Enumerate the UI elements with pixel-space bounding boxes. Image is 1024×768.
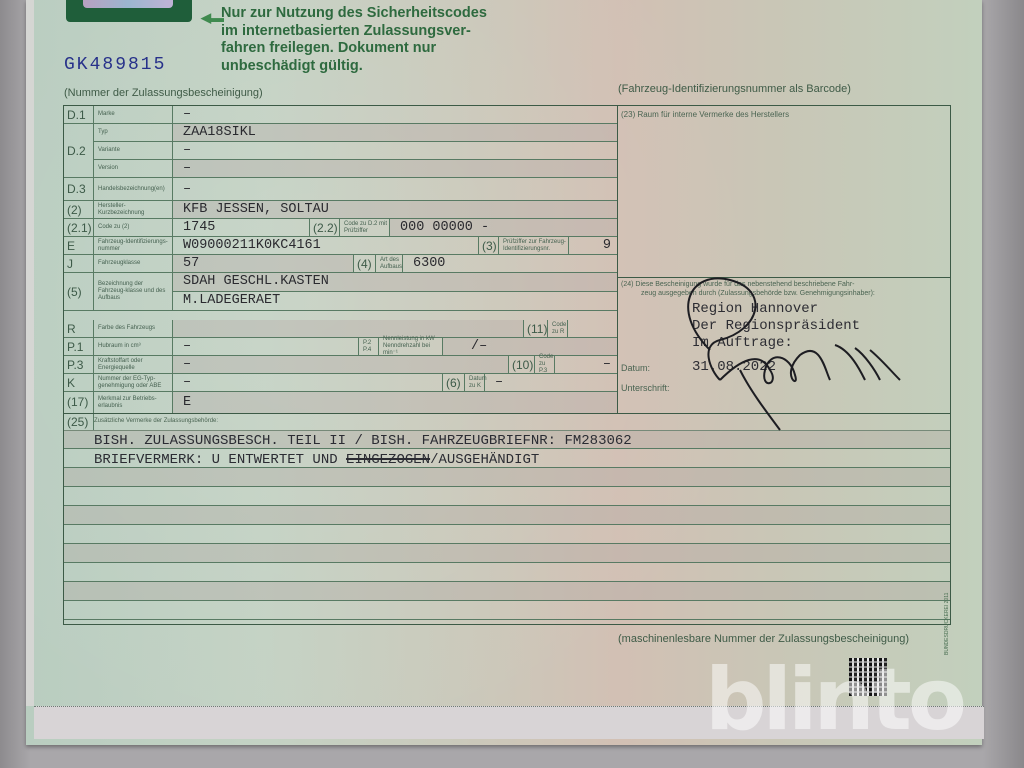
notes-ruled-line bbox=[64, 506, 950, 525]
field-label: Farbe des Fahrzeugs bbox=[94, 320, 173, 337]
security-note-line: im internetbasierten Zulassungsver- bbox=[221, 23, 521, 41]
field-value-leistung: /– bbox=[443, 338, 617, 355]
field-label: Art des Aufbaus bbox=[376, 255, 403, 272]
field-value-hubraum: – bbox=[173, 338, 359, 355]
security-note-line: Nur zur Nutzung des Sicherheitscodes bbox=[221, 5, 521, 23]
field-value-code-kraftstoff: – bbox=[555, 356, 617, 373]
security-note: ◀▬ Nur zur Nutzung des Sicherheitscodes … bbox=[201, 5, 521, 75]
field-row-r: R Farbe des Fahrzeugs (11) Code zu R bbox=[64, 320, 617, 338]
field-row-version: Version – bbox=[94, 160, 617, 178]
notes-ruled-line bbox=[64, 487, 950, 506]
field-code: (10) bbox=[509, 356, 535, 373]
field-value-aufbau-bezeichnung-2: M.LADEGERAET bbox=[173, 292, 617, 311]
field-value-aufbau-bezeichnung-1: SDAH GESCHL.KASTEN bbox=[173, 273, 617, 292]
field-row-d3: D.3 Handelsbezeichnung(en) – bbox=[64, 178, 617, 201]
machine-readable-caption: (maschinenlesbare Nummer der Zulassungsb… bbox=[618, 633, 909, 645]
document-number: GK489815 bbox=[64, 55, 166, 75]
field-code: (6) bbox=[443, 374, 465, 391]
field-label: Code zu D.2 mit Prüfziffer bbox=[340, 219, 390, 236]
notes-line-2: BRIEFVERMERK: U ENTWERTET UND EINGEZOGEN… bbox=[94, 452, 539, 468]
field-row-typ: Typ ZAA18SIKL bbox=[94, 124, 617, 142]
field-row-j: J Fahrzeugklasse 57 (4) Art des Aufbaus … bbox=[64, 255, 617, 273]
field-row-variante: Variante – bbox=[94, 142, 617, 160]
field-label: Kraftstoffart oder Energiequelle bbox=[94, 356, 173, 373]
field-code: (2) bbox=[64, 201, 94, 218]
field-value-datum-k: – bbox=[485, 374, 617, 391]
security-note-line: fahren freilegen. Dokument nur bbox=[221, 40, 521, 58]
field-code: (2.2) bbox=[310, 219, 340, 236]
field-code: (17) bbox=[64, 392, 94, 413]
field-code: P.2P.4 bbox=[359, 338, 379, 355]
vehicle-data-form: D.1 Marke – D.2 Typ ZAA18SIKL Variante –… bbox=[63, 105, 951, 625]
field-value-code-2: 1745 bbox=[173, 219, 310, 236]
field-value-vin: W09000211K0KC4161 bbox=[173, 237, 479, 254]
field-code: D.3 bbox=[64, 178, 94, 200]
field-code: (25) bbox=[64, 414, 94, 430]
field-value-betriebserlaubnis: E bbox=[173, 392, 617, 413]
field-row-p1: P.1 Hubraum in cm³ – P.2P.4 Nennleistung… bbox=[64, 338, 617, 356]
field-value-aufbau: 6300 bbox=[403, 255, 617, 272]
issuer-box: (24) Diese Bescheinigung wurde für das n… bbox=[617, 277, 950, 413]
field-row-p3: P.3 Kraftstoffart oder Energiequelle – (… bbox=[64, 356, 617, 374]
field-label: Typ bbox=[94, 124, 173, 141]
field-value-farbe bbox=[173, 320, 524, 337]
manufacturer-notes-label: (23) Raum für interne Vermerke des Herst… bbox=[621, 110, 789, 119]
field-label: Nummer der EG-Typ-genehmigung oder ABE bbox=[94, 374, 173, 391]
field-value-fahrzeugklasse: 57 bbox=[173, 255, 354, 272]
field-value-kraftstoff: – bbox=[173, 356, 509, 373]
field-row-e: E Fahrzeug-Identifizierungs-nummer W0900… bbox=[64, 237, 617, 255]
field-label: Variante bbox=[94, 142, 173, 159]
field-value-code-d2: 000 00000 - bbox=[390, 219, 617, 236]
field-label: Fahrzeugklasse bbox=[94, 255, 173, 272]
field-value-version: – bbox=[173, 160, 617, 177]
field-code: (4) bbox=[354, 255, 376, 272]
field-label: Bezeichnung der Fahrzeug-klasse und des … bbox=[94, 273, 173, 310]
field-code: K bbox=[64, 374, 94, 391]
field-code: (2.1) bbox=[64, 219, 94, 236]
field-row-17: (17) Merkmal zur Betriebs-erlaubnis E bbox=[64, 392, 617, 413]
notes-line-1: BISH. ZULASSUNGSBESCH. TEIL II / BISH. F… bbox=[94, 433, 632, 449]
field-code: (3) bbox=[479, 237, 499, 254]
field-row-2-1: (2.1) Code zu (2) 1745 (2.2) Code zu D.2… bbox=[64, 219, 617, 237]
notes-header: (25) Zusätzliche Vermerke der Zulassungs… bbox=[64, 414, 950, 431]
notes-ruled-line bbox=[64, 468, 950, 487]
security-code-scratch-field bbox=[66, 0, 192, 22]
field-label: Handelsbezeichnung(en) bbox=[94, 178, 173, 200]
barcode-caption: (Fahrzeug-Identifizierungsnummer als Bar… bbox=[618, 83, 851, 95]
field-label: Marke bbox=[94, 106, 173, 123]
field-code: R bbox=[64, 320, 94, 337]
issue-date: 31.08.2022 bbox=[692, 359, 776, 376]
field-label: Datum zu K bbox=[465, 374, 485, 391]
security-note-line: unbeschädigt gültig. bbox=[221, 58, 521, 76]
field-label: Code zu P.3 bbox=[535, 356, 555, 373]
field-row-5: (5) Bezeichnung der Fahrzeug-klasse und … bbox=[64, 273, 617, 311]
document-number-caption: (Nummer der Zulassungsbescheinigung) bbox=[64, 87, 263, 99]
field-label: Nennleistung in kWNenndrehzahl bei min⁻¹ bbox=[379, 338, 443, 355]
issuer-label: (24) Diese Bescheinigung wurde für das n… bbox=[621, 280, 875, 298]
paper-margin bbox=[26, 0, 34, 706]
field-value-typ: ZAA18SIKL bbox=[173, 124, 617, 141]
notes-ruled-line bbox=[64, 601, 950, 620]
field-label: Version bbox=[94, 160, 173, 177]
issuer-name: Region Hannover Der Regionspräsident Im … bbox=[692, 301, 860, 352]
watermark-logo: blinto bbox=[705, 650, 963, 750]
field-value-code-farbe bbox=[568, 320, 617, 337]
field-value-handelsbezeichnung: – bbox=[173, 178, 617, 200]
field-code: (5) bbox=[64, 273, 94, 310]
field-value-marke: – bbox=[173, 106, 617, 123]
signature-label: Unterschrift: bbox=[621, 383, 670, 393]
field-code: P.1 bbox=[64, 338, 94, 355]
hologram-icon bbox=[83, 0, 173, 8]
notes-ruled-line bbox=[64, 525, 950, 544]
field-row-2: (2) Hersteller-Kurzbezeichnung KFB JESSE… bbox=[64, 201, 617, 219]
field-value-variante: – bbox=[173, 142, 617, 159]
field-code: P.3 bbox=[64, 356, 94, 373]
notes-label: Zusätzliche Vermerke der Zulassungsbehör… bbox=[94, 418, 218, 424]
field-label: Hersteller-Kurzbezeichnung bbox=[94, 201, 173, 218]
field-row-d1: D.1 Marke – bbox=[64, 106, 617, 124]
field-label: Hubraum in cm³ bbox=[94, 338, 173, 355]
printer-mark: BUNDESDRUCKEREI 2011 bbox=[944, 593, 950, 655]
manufacturer-notes-box: (23) Raum für interne Vermerke des Herst… bbox=[617, 106, 950, 278]
date-label: Datum: bbox=[621, 363, 650, 373]
field-code: J bbox=[64, 255, 94, 272]
field-value-hersteller: KFB JESSEN, SOLTAU bbox=[173, 201, 617, 218]
field-code: D.1 bbox=[64, 106, 94, 123]
arrow-left-icon: ◀▬ bbox=[201, 9, 224, 27]
field-code: E bbox=[64, 237, 94, 254]
field-value-pruefziffer: 9 bbox=[569, 237, 617, 254]
authority-notes-section: (25) Zusätzliche Vermerke der Zulassungs… bbox=[64, 413, 950, 625]
field-label: Prüfziffer zur Fahrzeug-Identifizierungs… bbox=[499, 237, 569, 254]
field-label: Code zu (2) bbox=[94, 219, 173, 236]
notes-ruled-line bbox=[64, 544, 950, 563]
field-label: Fahrzeug-Identifizierungs-nummer bbox=[94, 237, 173, 254]
field-label: Merkmal zur Betriebs-erlaubnis bbox=[94, 392, 173, 413]
field-label: Code zu R bbox=[548, 320, 568, 337]
field-value-typgenehmigung: – bbox=[173, 374, 443, 391]
field-code: (11) bbox=[524, 320, 548, 337]
field-row-k: K Nummer der EG-Typ-genehmigung oder ABE… bbox=[64, 374, 617, 392]
notes-ruled-line bbox=[64, 582, 950, 601]
field-code: D.2 bbox=[64, 124, 94, 178]
notes-ruled-line bbox=[64, 563, 950, 582]
